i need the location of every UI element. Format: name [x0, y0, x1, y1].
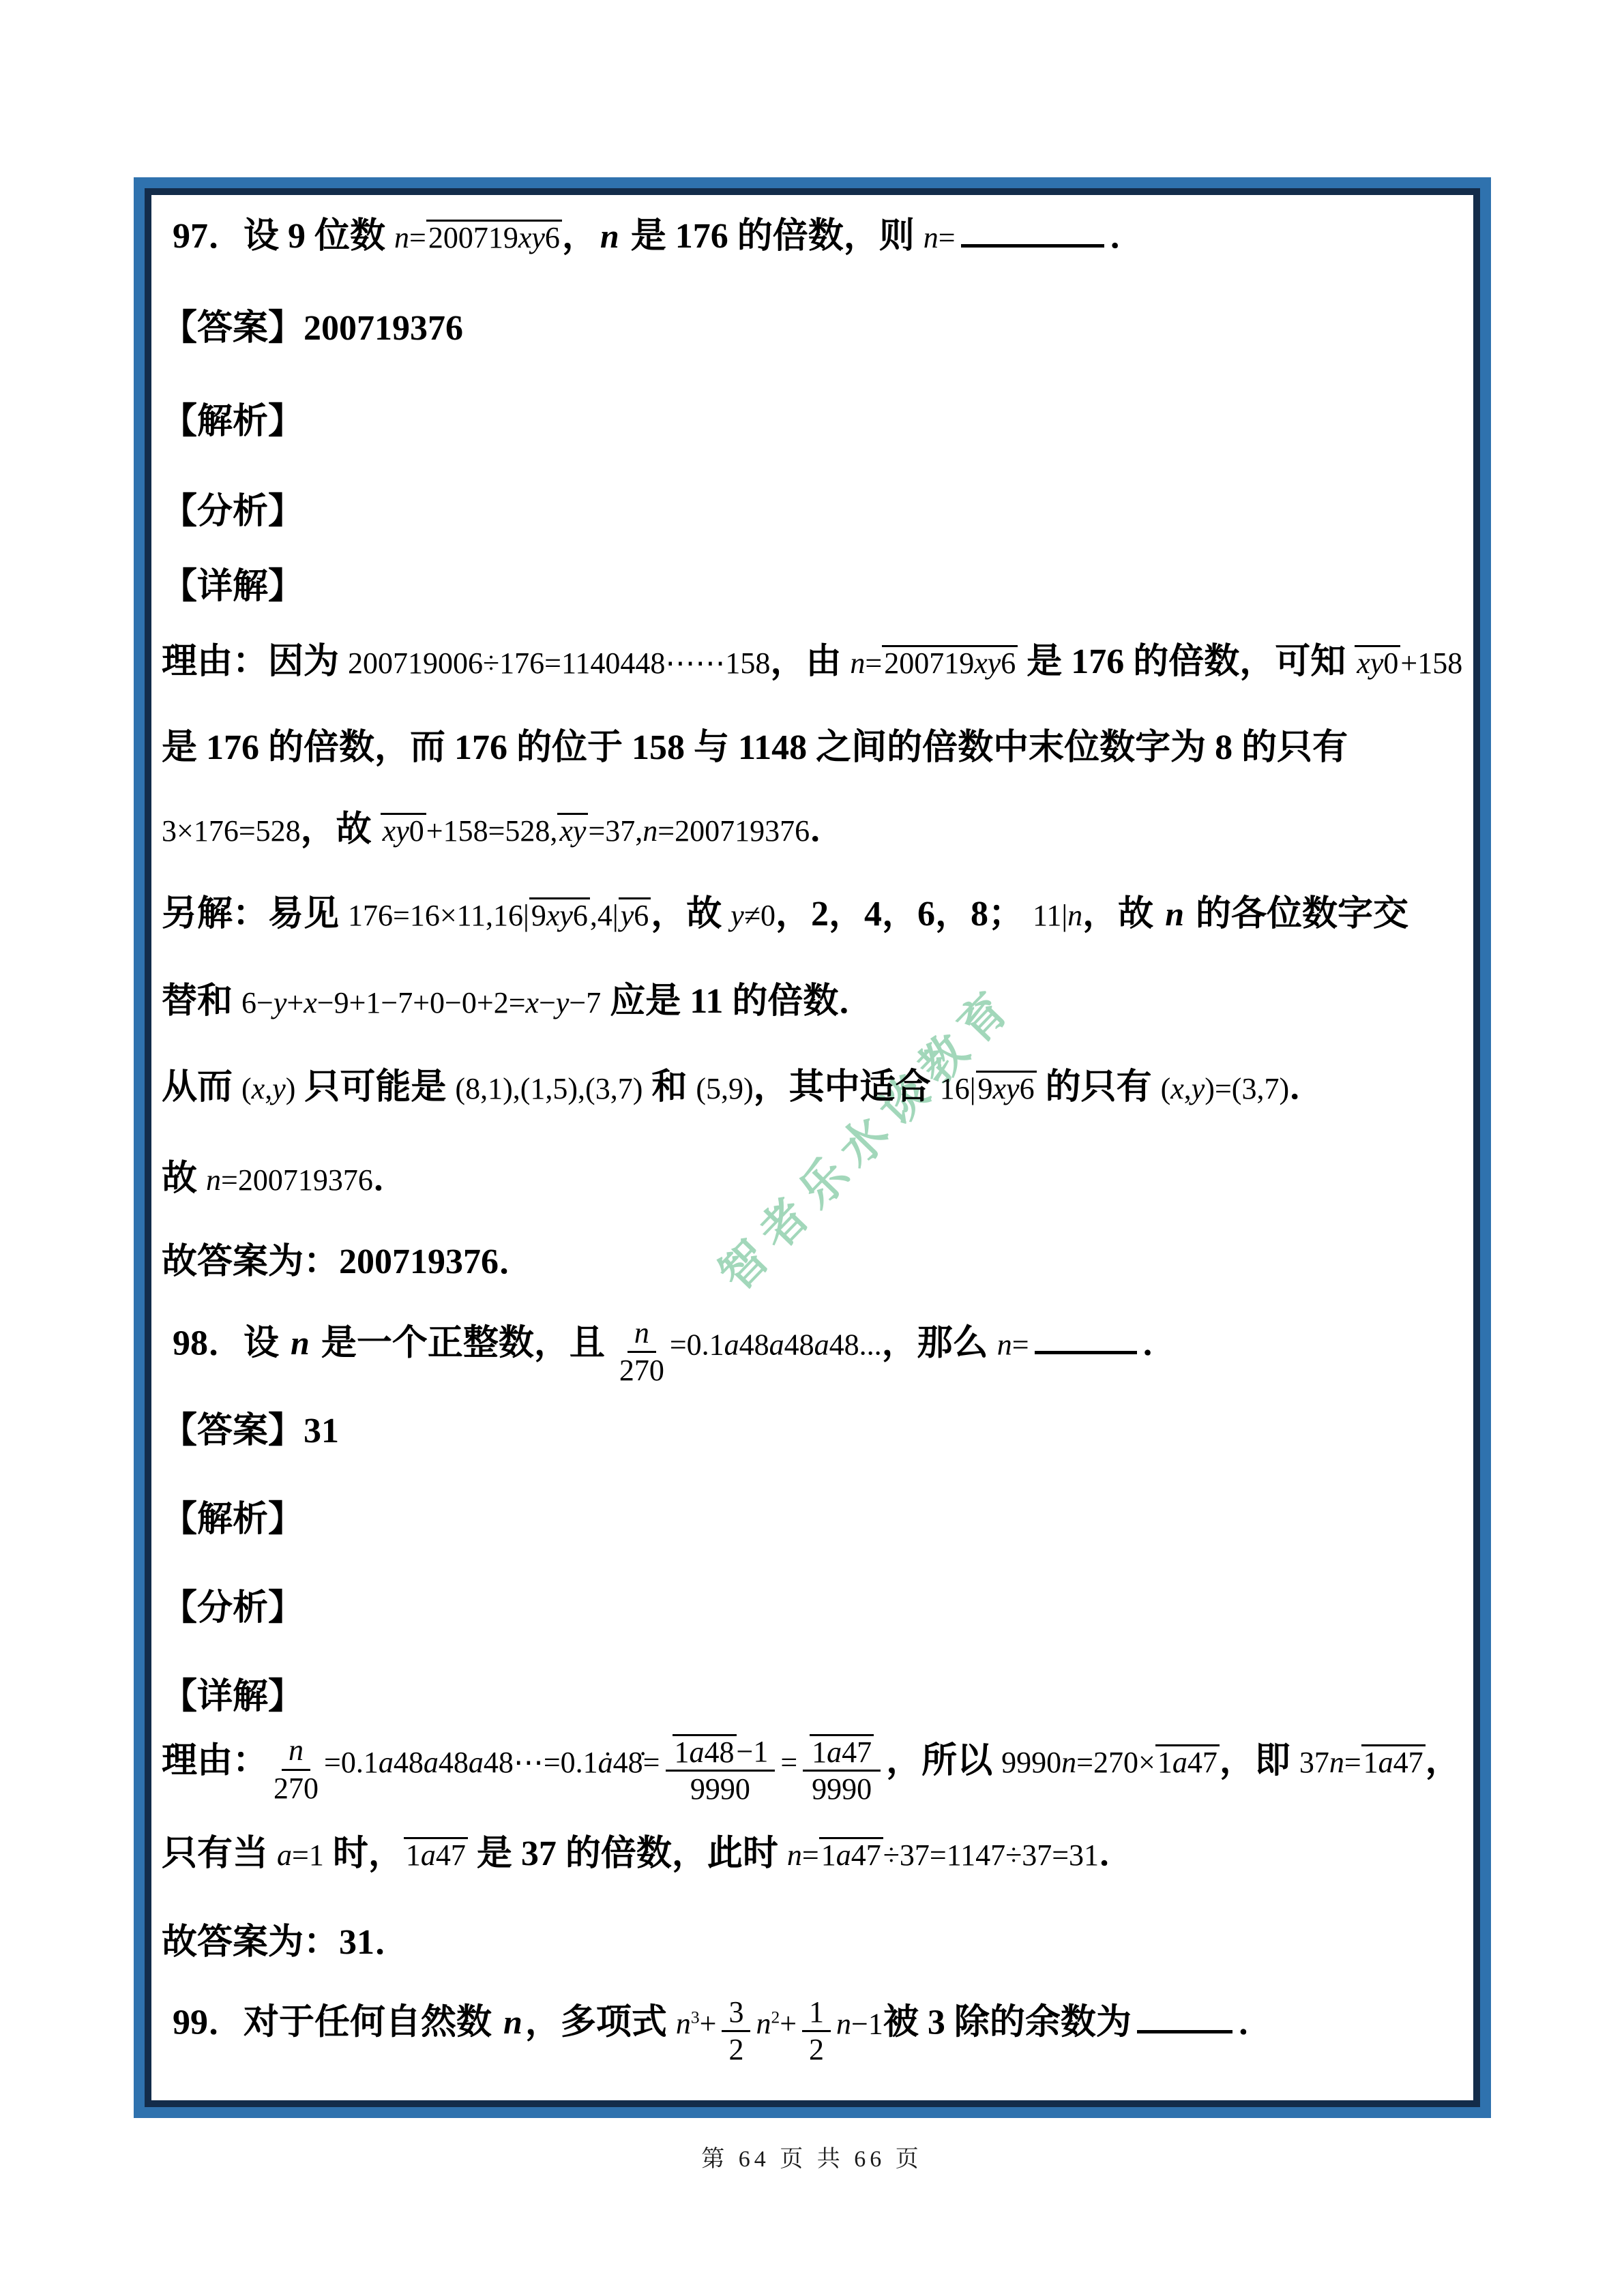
- math-text: n=200719376: [206, 1163, 373, 1197]
- math-text: n=: [394, 221, 426, 254]
- cn-text: 的各位数字交: [1187, 895, 1408, 934]
- math-variable: n: [597, 217, 622, 255]
- overline-math: 1a47: [1155, 1744, 1220, 1778]
- page-number-footer: 第 64 页 共 66 页: [0, 2140, 1624, 2173]
- label-xiangjie-97: 【详解】: [162, 567, 304, 606]
- overline-math: 1a48: [673, 1734, 737, 1768]
- conclusion-98: 故答案为：31．: [162, 1923, 410, 1962]
- math-variable: n: [501, 2003, 525, 2041]
- cn-text: 是一个正整数，且: [312, 1324, 614, 1362]
- cn-text: ，那么: [882, 1324, 997, 1362]
- overline-math: y6: [619, 897, 651, 931]
- cn-text: 只有当: [162, 1834, 277, 1873]
- cn-text: ，由: [770, 642, 850, 681]
- cn-text: 的只有: [1037, 1068, 1161, 1107]
- detail-97-line2: 是 176 的倍数，而 176 的位于 158 与 1148 之间的倍数中末位数…: [162, 728, 1348, 767]
- cn-text: ．: [1099, 1834, 1134, 1873]
- label-jiexi-98: 【解析】: [162, 1500, 304, 1539]
- cn-text: ．: [373, 1159, 409, 1198]
- overline-math: 9xy6: [529, 897, 590, 931]
- math-text: 16|: [940, 1072, 976, 1105]
- math-text: 1: [809, 1997, 824, 2028]
- overline-math: 200719xy6: [882, 645, 1018, 679]
- cn-text: 【分析】: [162, 1589, 304, 1628]
- cn-text: ．: [1289, 1068, 1325, 1107]
- cn-text: ，所以: [886, 1742, 1001, 1780]
- math-text: +158=528,: [426, 814, 558, 848]
- cn-text: ．: [1110, 217, 1145, 256]
- answer-98: 【答案】31: [162, 1412, 339, 1450]
- detail-97-line5: 替和 6−y+x−9+1−7+0−0+2=x−y−7 应是 11 的倍数．: [162, 982, 874, 1021]
- cn-text: 99．对于任何自然数: [173, 2003, 501, 2042]
- label-fenxi-98: 【分析】: [162, 1589, 304, 1628]
- cn-text: ．: [1142, 1324, 1178, 1362]
- problem-98: 98．设 n 是一个正整数，且 n270=0.1a48a48a48...，那么 …: [173, 1317, 1178, 1386]
- math-text: n3+: [676, 2007, 717, 2040]
- math-text: =0.1a48a48a48...: [670, 1328, 882, 1361]
- fraction-denominator: 270: [619, 1353, 664, 1386]
- fraction-denominator: 9990: [690, 1772, 750, 1805]
- cn-text: 是 176 的倍数，而 176 的位于 158 与 1148 之间的倍数中末位数…: [162, 728, 1348, 767]
- fraction: 32: [722, 1997, 750, 2066]
- fraction-numerator: 1a47: [803, 1734, 881, 1772]
- math-text: a=1: [277, 1838, 324, 1872]
- overline-math: 200719xy6: [426, 220, 562, 253]
- blank-underline: [961, 236, 1104, 248]
- cn-text: 故: [162, 1159, 206, 1198]
- cn-text: 被 3 除的余数为: [883, 2003, 1132, 2042]
- math-text: 176=16×11,16|: [348, 899, 529, 932]
- cn-text: 只可能是: [295, 1068, 455, 1107]
- cn-text: ，故: [1082, 895, 1162, 934]
- problem-97: 97．设 9 位数 n=200719xy6，n 是 176 的倍数，则 n=．: [173, 217, 1145, 256]
- detail-97-line3: 3×176=528，故 xy0+158=528,xy=37,n=20071937…: [162, 810, 845, 849]
- math-variable: n: [288, 1324, 312, 1362]
- fraction: 1a48−19990: [666, 1734, 776, 1805]
- overline-math: 1a47: [819, 1837, 883, 1870]
- detail-98-line2: 只有当 a=1 时，1a47 是 37 的倍数，此时 n=1a47÷37=114…: [162, 1834, 1134, 1873]
- problem-99: 99．对于任何自然数 n，多项式 n3+32n2+12n−1被 3 除的余数为．: [173, 1997, 1273, 2066]
- fraction-denominator: 270: [274, 1771, 319, 1804]
- overline-math: xy: [557, 813, 588, 846]
- math-text: 270: [274, 1772, 319, 1805]
- cn-text: 和: [643, 1068, 696, 1107]
- detail-98-line1: 理由：n270=0.1a48a48a48⋯=0.1ȧ48̇=1a48−1999…: [162, 1734, 1461, 1805]
- answer-97: 【答案】200719376: [162, 309, 463, 348]
- math-text: ÷37=1147÷37=31: [883, 1838, 1099, 1872]
- cn-text: ，2，4，6，8；: [776, 895, 1033, 934]
- math-text: 270: [619, 1354, 664, 1387]
- cn-text: 故答案为：200719376．: [162, 1242, 534, 1281]
- cn-text: 另解：易见: [162, 895, 348, 934]
- cn-text: ，其中适合: [754, 1068, 940, 1107]
- cn-text: 【分析】: [162, 492, 304, 531]
- cn-text: ，故: [651, 895, 730, 934]
- fraction-numerator: n: [628, 1317, 656, 1353]
- math-text: 2: [809, 2033, 824, 2066]
- math-text: (5,9): [696, 1072, 753, 1105]
- overline-math: xy0: [1355, 645, 1400, 679]
- math-text: 11|n: [1033, 899, 1082, 932]
- math-text: −1: [737, 1736, 769, 1768]
- blank-underline: [1137, 2022, 1232, 2033]
- cn-text: 【答案】200719376: [162, 309, 463, 348]
- math-text: (8,1),(1,5),(3,7): [455, 1072, 643, 1105]
- cn-text: 是 176 的倍数，可知: [1018, 642, 1355, 681]
- cn-text: ，多项式: [525, 2003, 676, 2042]
- math-text: n−1: [836, 2007, 883, 2040]
- math-text: (x,y): [241, 1072, 295, 1105]
- label-xiangjie-98: 【详解】: [162, 1678, 304, 1716]
- math-text: 200719006÷176=1140448⋯⋯158: [348, 646, 770, 680]
- math-text: 2: [728, 2033, 743, 2066]
- math-text: 9990: [690, 1772, 750, 1806]
- cn-text: ，故: [301, 810, 381, 849]
- overline-math: 9xy6: [976, 1071, 1037, 1104]
- overline-math: xy0: [381, 813, 426, 846]
- fraction-denominator: 2: [728, 2032, 743, 2066]
- cn-text: 理由：因为: [162, 642, 348, 681]
- conclusion-97: 故答案为：200719376．: [162, 1242, 534, 1281]
- detail-97-line1: 理由：因为 200719006÷176=1140448⋯⋯158，由 n=200…: [162, 642, 1462, 681]
- cn-text: 97．设 9 位数: [173, 217, 394, 256]
- math-text: n=: [850, 646, 882, 680]
- label-fenxi-97: 【分析】: [162, 492, 304, 531]
- math-variable: n: [1162, 895, 1187, 933]
- label-jiexi-97: 【解析】: [162, 402, 304, 441]
- cn-text: ，即: [1220, 1742, 1299, 1780]
- cn-text: 是 37 的倍数，此时: [468, 1834, 787, 1873]
- document-page: 智者乐水谈教育 97．设 9 位数 n=200719xy6，n 是 176 的倍…: [0, 0, 1624, 2296]
- cn-text: 【答案】31: [162, 1412, 339, 1450]
- cn-text: 【解析】: [162, 1500, 304, 1539]
- math-text: ,4|: [590, 899, 619, 932]
- math-text: (x,y)=(3,7): [1161, 1072, 1290, 1105]
- cn-text: 理由：: [162, 1742, 268, 1780]
- fraction-denominator: 2: [809, 2032, 824, 2066]
- math-text: 3×176=528: [162, 814, 301, 848]
- math-text: +158: [1400, 646, 1462, 680]
- math-text: =37,n=200719376: [588, 814, 810, 848]
- cn-text: 应是 11 的倍数．: [601, 982, 874, 1021]
- fraction-numerator: n: [282, 1735, 310, 1770]
- math-text: n=: [787, 1838, 819, 1872]
- overline-math: 1a47: [404, 1837, 468, 1870]
- cn-text: 【详解】: [162, 567, 304, 606]
- detail-97-line7: 故 n=200719376．: [162, 1159, 409, 1198]
- cn-text: 故答案为：31．: [162, 1923, 410, 1962]
- math-text: =: [780, 1746, 797, 1779]
- math-text: y≠0: [730, 899, 776, 932]
- cn-text: ，: [562, 217, 597, 256]
- cn-text: ．: [810, 810, 845, 849]
- math-text: n: [289, 1735, 304, 1766]
- fraction: n270: [274, 1735, 319, 1804]
- detail-97-line4: 另解：易见 176=16×11,16|9xy6,4|y6，故 y≠0，2，4，6…: [162, 895, 1408, 934]
- overline-math: 1a47: [810, 1734, 874, 1768]
- cn-text: 是 176 的倍数，则: [622, 217, 924, 256]
- cn-text: ，: [1426, 1742, 1461, 1780]
- math-text: =0.1a48a48a48⋯=0.1ȧ48̇=: [324, 1746, 660, 1779]
- cn-text: 【详解】: [162, 1678, 304, 1716]
- blank-underline: [1035, 1343, 1137, 1354]
- cn-text: 98．设: [173, 1324, 288, 1362]
- math-text: n2+: [756, 2007, 797, 2040]
- cn-text: 时，: [324, 1834, 404, 1873]
- detail-97-line6: 从而 (x,y) 只可能是 (8,1),(1,5),(3,7) 和 (5,9)，…: [162, 1068, 1325, 1107]
- fraction-denominator: 9990: [812, 1772, 872, 1805]
- overline-math: 1a47: [1361, 1744, 1426, 1778]
- math-text: 6−y+x−9+1−7+0−0+2=x−y−7: [241, 986, 601, 1019]
- cn-text: 从而: [162, 1068, 241, 1107]
- math-text: 37n=: [1299, 1746, 1361, 1779]
- cn-text: 替和: [162, 982, 241, 1021]
- math-text: n=: [924, 221, 956, 254]
- fraction-numerator: 1: [802, 1997, 831, 2032]
- math-text: n: [634, 1317, 649, 1349]
- fraction: 1a479990: [803, 1734, 881, 1805]
- fraction-numerator: 3: [722, 1997, 750, 2032]
- math-text: 9990n=270×: [1001, 1746, 1155, 1779]
- fraction-numerator: 1a48−1: [666, 1734, 776, 1772]
- fraction: 12: [802, 1997, 831, 2066]
- cn-text: ．: [1238, 2003, 1273, 2042]
- fraction: n270: [619, 1317, 664, 1386]
- cn-text: 【解析】: [162, 402, 304, 441]
- math-text: 3: [728, 1997, 743, 2028]
- math-text: 9990: [812, 1772, 872, 1806]
- math-text: n=: [997, 1328, 1029, 1361]
